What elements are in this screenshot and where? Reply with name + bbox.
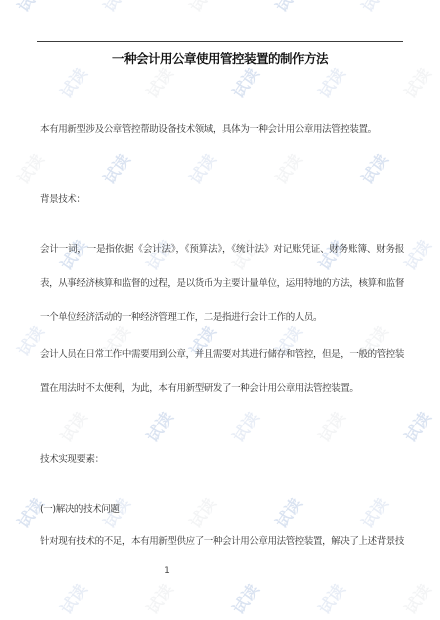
subsection-heading-solved-problem: (一)解决的技术问题 <box>40 493 404 527</box>
patent-document-page: 试读试读试读试读试读试读试读试读试读试读试读试读试读试读试读试读试读试读试读试读… <box>0 0 440 620</box>
title-divider <box>37 41 403 42</box>
document-title: 一种会计用公章使用管控装置的制作方法 <box>0 49 440 67</box>
section-heading-technical-elements: 技术实现要素： <box>40 443 404 477</box>
paragraph-intro: 本有用新型涉及公章管控帮助设备技术领域，具体为一种会计用公章用法管控装置。 <box>40 113 404 147</box>
page-number: 1 <box>160 566 174 576</box>
paragraph-solution: 针对现有技术的不足，本有用新型供应了一种会计用公章用法管控装置，解决了上述背景技 <box>40 525 404 559</box>
paragraph-problem-context: 会计人员在日常工作中需要用到公章，并且需要对其进行储存和管控，但是，一般的管控装… <box>40 338 404 406</box>
section-heading-background: 背景技术： <box>40 183 404 217</box>
paragraph-accounting-definition: 会计一词，一是指依据《会计法》，《预算法》，《统计法》对记账凭证、财务账簿、财务… <box>40 233 404 335</box>
document-content: 一种会计用公章使用管控装置的制作方法 本有用新型涉及公章管控帮助设备技术领域，具… <box>0 0 440 620</box>
